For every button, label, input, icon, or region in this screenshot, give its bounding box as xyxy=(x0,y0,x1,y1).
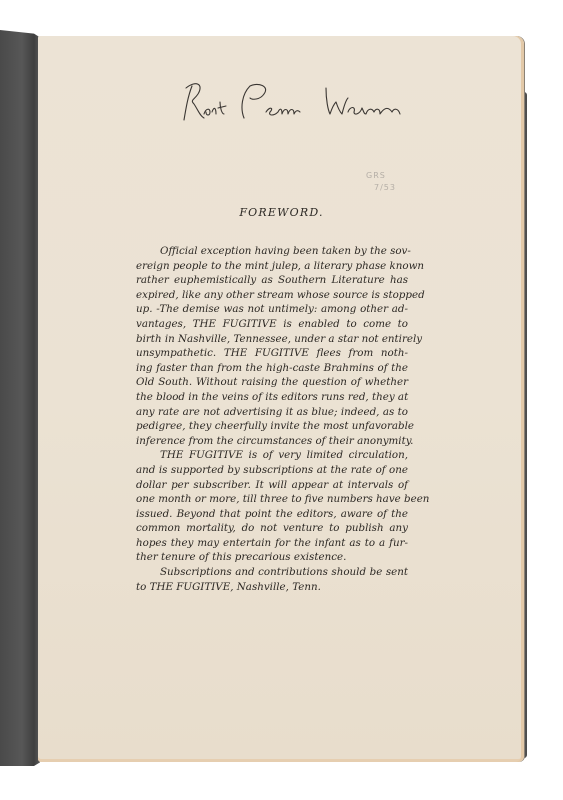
text-line: pedigree, they cheerfully invite the mos… xyxy=(136,419,408,434)
pencil-annotation-line: 7/53 xyxy=(366,182,396,194)
text-line: birth in Nashville, Tennessee, under a s… xyxy=(136,332,408,347)
text-line: to THE FUGITIVE, Nashville, Tenn. xyxy=(136,580,408,595)
pencil-annotation: GRS 7/53 xyxy=(366,170,396,194)
text-line: one month or more, till three to five nu… xyxy=(136,492,408,507)
book-cover-left-edge xyxy=(0,30,40,766)
text-line: common mortality, do not venture to publ… xyxy=(136,521,408,536)
text-line: expired, like any other stream whose sou… xyxy=(136,288,408,303)
text-line: any rate are not advertising it as blue;… xyxy=(136,405,408,420)
text-line: inference from the circumstances of thei… xyxy=(136,434,408,449)
text-line: THE FUGITIVE is of very limited circulat… xyxy=(136,448,408,463)
text-line: the blood in the veins of its editors ru… xyxy=(136,390,408,405)
handwritten-signature xyxy=(178,78,418,128)
text-line: hopes they may entertain for the infant … xyxy=(136,536,408,551)
foreword-body: Official exception having been taken by … xyxy=(136,244,408,594)
text-line: vantages, THE FUGITIVE is enabled to com… xyxy=(136,317,408,332)
text-line: Old South. Without raising the question … xyxy=(136,375,408,390)
text-line: and is supported by subscriptions at the… xyxy=(136,463,408,478)
text-line: ther tenure of this precarious existence… xyxy=(136,550,408,565)
text-line: dollar per subscriber. It will appear at… xyxy=(136,478,408,493)
text-line: ereign people to the mint julep, a liter… xyxy=(136,259,408,274)
text-line: Official exception having been taken by … xyxy=(136,244,408,259)
pencil-annotation-line: GRS xyxy=(366,170,396,182)
text-line: ing faster than from the high-caste Brah… xyxy=(136,361,408,376)
text-line: rather euphemistically as Southern Liter… xyxy=(136,273,408,288)
text-line: Subscriptions and contributions should b… xyxy=(136,565,408,580)
page-title: FOREWORD. xyxy=(0,206,563,219)
text-line: unsympathetic. THE FUGITIVE flees from n… xyxy=(136,346,408,361)
text-line: issued. Beyond that point the editors, a… xyxy=(136,507,408,522)
text-line: up. -The demise was not untimely: among … xyxy=(136,302,408,317)
